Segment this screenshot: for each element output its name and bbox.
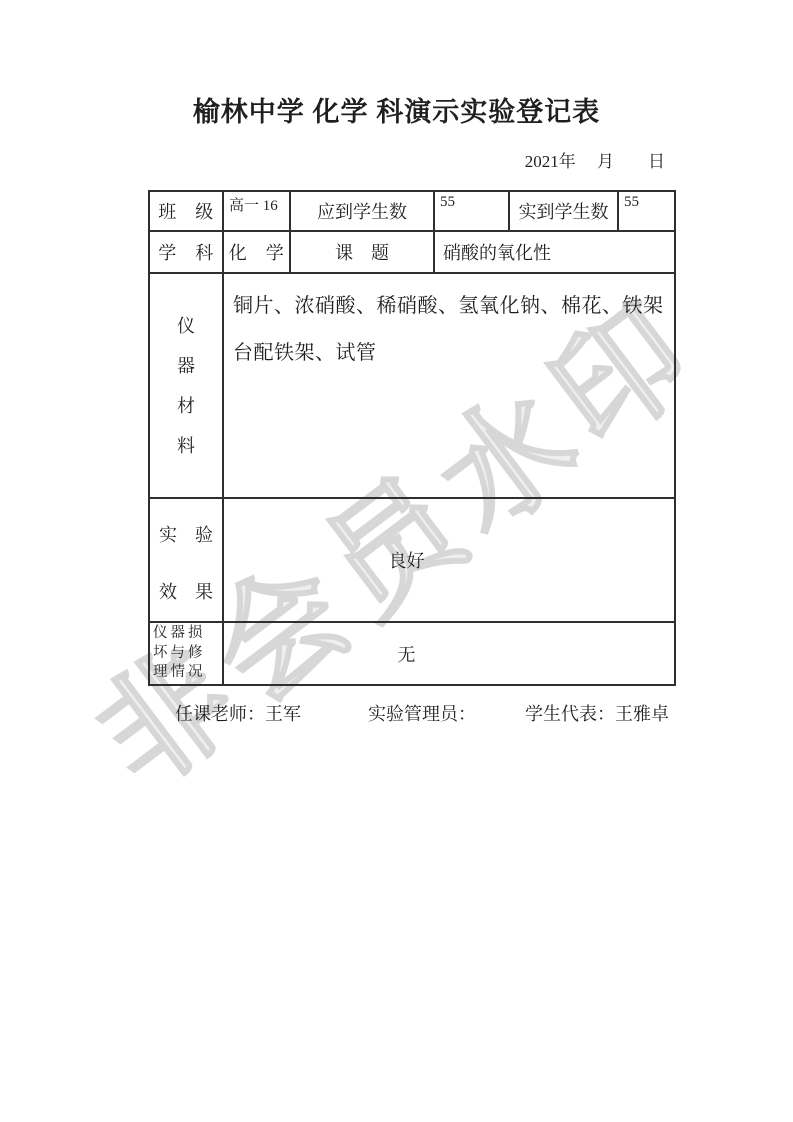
lab-manager-signature: 实验管理员： (368, 700, 476, 726)
materials-label-char: 器 (150, 346, 222, 386)
expected-students-value-cell: 55 (434, 191, 509, 231)
subject-value-cell: 化 学 (223, 231, 290, 273)
row-materials: 仪 器 材 料 铜片、浓硝酸、稀硝酸、氢氧化钠、棉花、铁架台配铁架、试管 (149, 273, 675, 498)
subject-label-cell: 学 科 (149, 231, 223, 273)
actual-students-value-cell: 55 (618, 191, 675, 231)
damage-label-line: 仪器损 (153, 624, 222, 644)
actual-students-label-cell: 实到学生数 (509, 191, 618, 231)
materials-content-cell: 铜片、浓硝酸、稀硝酸、氢氧化钠、棉花、铁架台配铁架、试管 (223, 273, 675, 498)
row-subject: 学 科 化 学 课 题 硝酸的氧化性 (149, 231, 675, 273)
expected-students-label-cell: 应到学生数 (290, 191, 434, 231)
topic-value-cell: 硝酸的氧化性 (434, 231, 675, 273)
row-result: 实 验 效 果 良好 (149, 498, 675, 622)
registration-table: 班 级 高一 16 应到学生数 55 实到学生数 55 学 科 化 学 课 题 … (148, 190, 676, 686)
damage-label-cell: 仪器损 坏与修 理情况 (149, 622, 223, 685)
class-label-cell: 班 级 (149, 191, 223, 231)
damage-label-line: 理情况 (153, 663, 222, 683)
result-label-line: 实 验 (150, 507, 222, 564)
damage-value-cell: 无 (223, 622, 675, 685)
document-page: 非会员水印 榆林中学 化学 科演示实验登记表 2021年 月 日 班 级 高一 … (0, 0, 793, 1122)
materials-label-char: 仪 (150, 306, 222, 346)
row-damage: 仪器损 坏与修 理情况 无 (149, 622, 675, 685)
result-label-line: 效 果 (150, 564, 222, 621)
damage-label-line: 坏与修 (153, 644, 222, 664)
result-value-cell: 良好 (223, 498, 675, 622)
materials-label-char: 材 (150, 386, 222, 426)
row-class: 班 级 高一 16 应到学生数 55 实到学生数 55 (149, 191, 675, 231)
student-rep-signature: 学生代表：王雅卓 (525, 700, 669, 726)
signature-line: 任课老师：王军 实验管理员： 学生代表：王雅卓 (148, 700, 688, 726)
class-value-cell: 高一 16 (223, 191, 290, 231)
materials-label-cell: 仪 器 材 料 (149, 273, 223, 498)
materials-label-char: 料 (150, 426, 222, 466)
topic-label-cell: 课 题 (290, 231, 434, 273)
document-title: 榆林中学 化学 科演示实验登记表 (0, 90, 793, 129)
result-label-cell: 实 验 效 果 (149, 498, 223, 622)
date-line: 2021年 月 日 (0, 147, 793, 172)
teacher-signature: 任课老师：王军 (175, 700, 301, 726)
